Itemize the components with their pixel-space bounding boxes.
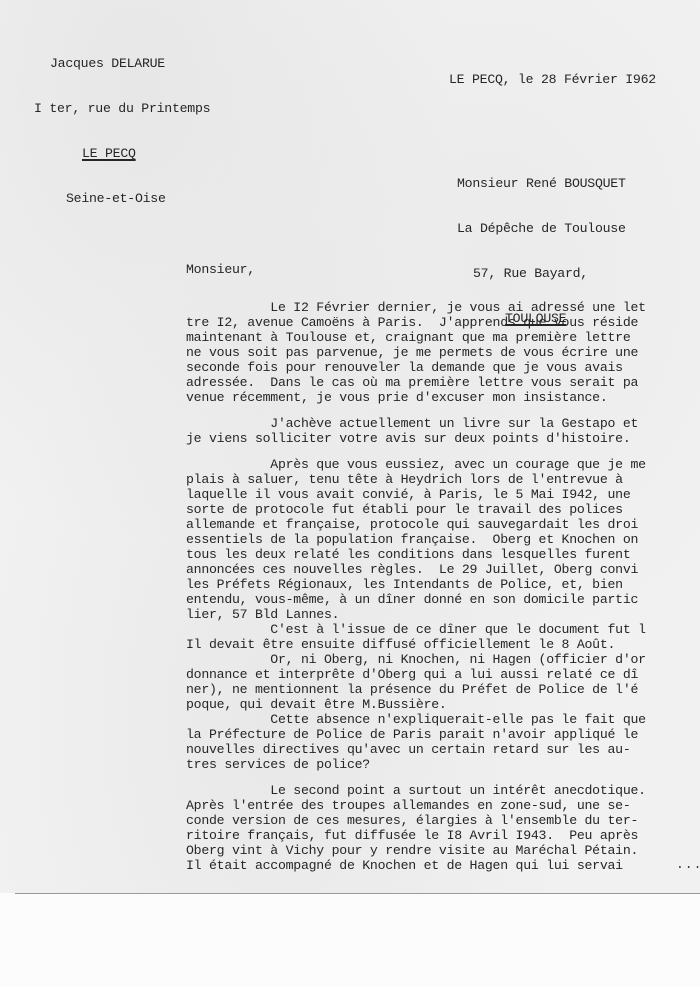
text-line: J'achève actuellement un livre sur la Ge… [186, 416, 700, 431]
sender-street: I ter, rue du Printemps [34, 101, 210, 116]
letter-body: Monsieur, Le I2 Février dernier, je vous… [186, 262, 700, 873]
paragraph: Après que vous eussiez, avec un courage … [186, 457, 700, 772]
text-line: plais à saluer, tenu tête à Heydrich lor… [186, 472, 700, 487]
continuation-mark: ..., [676, 857, 700, 872]
text-line: maintenant à Toulouse et, craignant que … [186, 330, 700, 345]
recipient-organization: La Dépêche de Toulouse [457, 221, 626, 236]
text-line: essentiels de la population française. O… [186, 532, 700, 547]
text-line: Le I2 Février dernier, je vous ai adress… [186, 300, 700, 315]
text-line: laquelle il vous avait convié, à Paris, … [186, 487, 700, 502]
text-line: tre I2, avenue Camoëns à Paris. J'appren… [186, 315, 700, 330]
text-line: Il était accompagné de Knochen et de Hag… [186, 858, 700, 873]
sender-city: LE PECQ [82, 146, 136, 161]
text-line: ritoire français, fut diffusée le I8 Avr… [186, 828, 700, 843]
text-line: poque, qui devait être M.Bussière. [186, 697, 700, 712]
text-line: les Préfets Régionaux, les Intendants de… [186, 577, 700, 592]
text-line: conde version de ces mesures, élargies à… [186, 813, 700, 828]
text-line: Après l'entrée des troupes allemandes en… [186, 798, 700, 813]
text-line: je viens solliciter votre avis sur deux … [186, 431, 700, 446]
text-line: Or, ni Oberg, ni Knochen, ni Hagen (offi… [186, 652, 700, 667]
text-line: sorte de protocole fut établi pour le tr… [186, 502, 700, 517]
text-line: Il devait être ensuite diffusé officiell… [186, 637, 700, 652]
text-line: ne vous soit pas parvenue, je me permets… [186, 345, 700, 360]
paragraph: J'achève actuellement un livre sur la Ge… [186, 416, 700, 446]
scan-background [0, 894, 700, 987]
text-line: allemande et française, protocole qui sa… [186, 517, 700, 532]
text-line: tres services de police? [186, 757, 700, 772]
text-line: entendu, vous-même, à un dîner donné en … [186, 592, 700, 607]
paragraph: Le I2 Février dernier, je vous ai adress… [186, 300, 700, 405]
sender-department: Seine-et-Oise [34, 191, 210, 206]
text-line: Oberg vint à Vichy pour y rendre visite … [186, 843, 700, 858]
text-line: seconde fois pour renouveler la demande … [186, 360, 700, 375]
text-line: Cette absence n'expliquerait-elle pas le… [186, 712, 700, 727]
text-line: lier, 57 Bld Lannes. [186, 607, 700, 622]
text-line: venue récemment, je vous prie d'excuser … [186, 390, 700, 405]
text-line: C'est à l'issue de ce dîner que le docum… [186, 622, 700, 637]
paragraph: Le second point a surtout un intérêt ane… [186, 783, 700, 873]
text-line: ner), ne mentionnent la présence du Préf… [186, 682, 700, 697]
text-line: adressée. Dans le cas où ma première let… [186, 375, 700, 390]
text-line: donnance et interprête d'Oberg qui a lui… [186, 667, 700, 682]
text-line: annoncées ces nouvelles règles. Le 29 Ju… [186, 562, 700, 577]
text-line: la Préfecture de Police de Paris parait … [186, 727, 700, 742]
sender-address: Jacques DELARUE I ter, rue du Printemps … [34, 26, 210, 221]
sender-name: Jacques DELARUE [34, 56, 210, 71]
text-line: Le second point a surtout un intérêt ane… [186, 783, 700, 798]
text-line: tous les deux relaté les conditions dans… [186, 547, 700, 562]
recipient-name: Monsieur René BOUSQUET [457, 176, 626, 191]
text-line: Après que vous eussiez, avec un courage … [186, 457, 700, 472]
text-line: nouvelles directives qu'avec un certain … [186, 742, 700, 757]
salutation: Monsieur, [186, 262, 700, 277]
dateline: LE PECQ, le 28 Février I962 [449, 72, 656, 87]
